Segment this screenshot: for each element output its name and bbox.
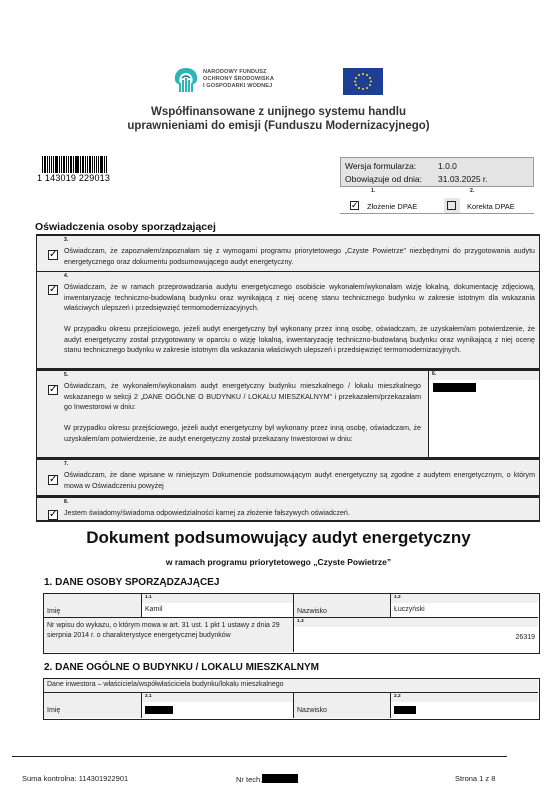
nfos-logo-text: NARODOWY FUNDUSZ OCHRONY ŚRODOWISKA I GO… <box>203 69 274 90</box>
statement-number: 3. <box>64 237 68 243</box>
option-label-submission: Złożenie DPAE <box>367 202 417 211</box>
statement-5: 5. ✓ Oświadczam, że wykonałem/wykonałam … <box>36 369 540 458</box>
field-number: 1.3 <box>297 619 304 624</box>
document-subtitle: w ramach programu priorytetowego „Czyste… <box>0 557 557 567</box>
field-number: 6. <box>429 371 539 380</box>
statement-number: 4. <box>64 273 68 279</box>
section-2-title: 2. DANE OGÓLNE O BUDYNKU / LOKALU MIESZK… <box>44 662 319 673</box>
section-2-table: Dane inwestora – właściciela/współwłaści… <box>43 678 540 720</box>
first-name-value: Kamil <box>145 606 163 613</box>
investor-last-name-label: Nazwisko <box>297 707 327 714</box>
logo-line: NARODOWY FUNDUSZ <box>203 69 274 76</box>
checksum: Suma kontrolna: 114301922901 <box>22 774 128 783</box>
field-number: 1.1 <box>145 595 152 600</box>
checkbox-submission[interactable]: ✓ <box>350 201 359 210</box>
statement-7: 7. ✓ Oświadczam, że dane wpisane w ninie… <box>36 458 540 496</box>
investor-last-name-label-cell: Nazwisko <box>294 693 391 718</box>
last-name-value: Łuczyński <box>394 606 425 613</box>
registry-label: Nr wpisu do wykazu, o którym mowa w art.… <box>47 621 287 640</box>
cofinancing-line-2: uprawnieniami do emisji (Funduszu Modern… <box>0 119 557 133</box>
investor-header: Dane inwestora – właściciela/współwłaści… <box>47 681 284 688</box>
version-label: Wersja formularza: <box>345 161 416 171</box>
nfos-logo-icon <box>172 66 200 94</box>
footer-divider <box>12 756 507 757</box>
investor-header-cell: Dane inwestora – właściciela/współwłaści… <box>44 679 538 693</box>
handover-date-cell[interactable]: 6. <box>428 371 539 457</box>
statement-3-checkbox[interactable]: ✓ <box>48 250 58 260</box>
investor-first-name-label: Imię <box>47 707 60 714</box>
handover-date-redacted <box>433 383 476 392</box>
tech-number-redacted <box>262 774 298 783</box>
form-version-box: Wersja formularza: 1.0.0 Obowiązuje od d… <box>340 157 534 187</box>
statement-text: Oświadczam, że zapoznałem/zapoznałam się… <box>64 246 535 267</box>
logo-line: OCHRONY ŚRODOWISKA <box>203 76 274 83</box>
investor-first-name-label-cell: Imię <box>44 693 142 718</box>
statement-8: 8. ✓ Jestem świadomy/świadoma odpowiedzi… <box>36 496 540 522</box>
option-label-correction: Korekta DPAE <box>467 202 515 211</box>
option-number: 1. <box>371 188 375 194</box>
registry-number-field[interactable]: 1.3 26319 <box>294 618 538 652</box>
statement-text: Oświadczam, że wykonałem/wykonałam audyt… <box>64 381 421 413</box>
document-type-options: 1. ✓ Złożenie DPAE 2. Korekta DPAE <box>340 187 534 214</box>
valid-from-label: Obowiązuje od dnia: <box>345 174 422 184</box>
tech-number-label: Nr tech. <box>236 775 262 784</box>
first-name-field[interactable]: 1.1 Kamil <box>142 594 294 618</box>
section-1-title: 1. DANE OSOBY SPORZĄDZAJĄCEJ <box>44 577 219 588</box>
field-number: 2.1 <box>145 694 152 699</box>
last-name-label: Nazwisko <box>297 608 327 615</box>
statement-4: 4. ✓ Oświadczam, że w ramach przeprowadz… <box>36 272 540 369</box>
checkbox-correction[interactable] <box>447 201 456 210</box>
statement-8-checkbox[interactable]: ✓ <box>48 510 58 520</box>
version-value: 1.0.0 <box>438 161 457 171</box>
section-1-table: Imię 1.1 Kamil Nazwisko 1.2 Łuczyński Nr… <box>43 593 540 654</box>
statement-7-checkbox[interactable]: ✓ <box>48 475 58 485</box>
statement-number: 5. <box>64 372 68 378</box>
statement-text: Oświadczam, że w ramach przeprowadzania … <box>64 282 535 314</box>
eu-flag-icon <box>343 68 383 95</box>
statements-heading: Oświadczenia osoby sporządzającej <box>35 221 216 233</box>
first-name-label: Imię <box>47 608 60 615</box>
tech-number: Nr tech. <box>236 774 298 784</box>
investor-first-name-redacted <box>145 706 173 714</box>
statement-number: 8. <box>64 499 68 505</box>
cofinancing-line-1: Współfinansowane z unijnego systemu hand… <box>0 105 557 119</box>
registry-number-value: 26319 <box>516 634 535 641</box>
investor-last-name-field[interactable]: 2.2 <box>391 693 538 718</box>
document-title: Dokument podsumowujący audyt energetyczn… <box>0 528 557 548</box>
investor-first-name-field[interactable]: 2.1 <box>142 693 294 718</box>
statement-3: 3. ✓ Oświadczam, że zapoznałem/zapoznała… <box>36 234 540 272</box>
last-name-label-cell: Nazwisko <box>294 594 391 618</box>
logo-line: I GOSPODARKI WODNEJ <box>203 83 274 90</box>
cofinancing-note: Współfinansowane z unijnego systemu hand… <box>0 105 557 133</box>
registry-label-cell: Nr wpisu do wykazu, o którym mowa w art.… <box>44 618 294 652</box>
statement-5-checkbox[interactable]: ✓ <box>48 385 58 395</box>
barcode-number: 1 143019 229013 <box>36 173 111 183</box>
statement-text-transitional: W przypadku okresu przejściowego, jeżeli… <box>64 423 421 444</box>
statement-text: Jestem świadomy/świadoma odpowiedzialnoś… <box>64 508 535 519</box>
statement-text: Oświadczam, że dane wpisane w niniejszym… <box>64 470 535 491</box>
first-name-label-cell: Imię <box>44 594 142 618</box>
page-number: Strona 1 z 8 <box>455 774 495 783</box>
investor-last-name-redacted <box>394 706 416 714</box>
statement-text-transitional: W przypadku okresu przejściowego, jeżeli… <box>64 324 535 356</box>
statement-4-checkbox[interactable]: ✓ <box>48 285 58 295</box>
field-number: 2.2 <box>394 694 401 699</box>
statement-number: 7. <box>64 461 68 467</box>
valid-from-value: 31.03.2025 r. <box>438 174 488 184</box>
field-number: 1.2 <box>394 595 401 600</box>
last-name-field[interactable]: 1.2 Łuczyński <box>391 594 538 618</box>
option-number: 2. <box>470 188 474 194</box>
